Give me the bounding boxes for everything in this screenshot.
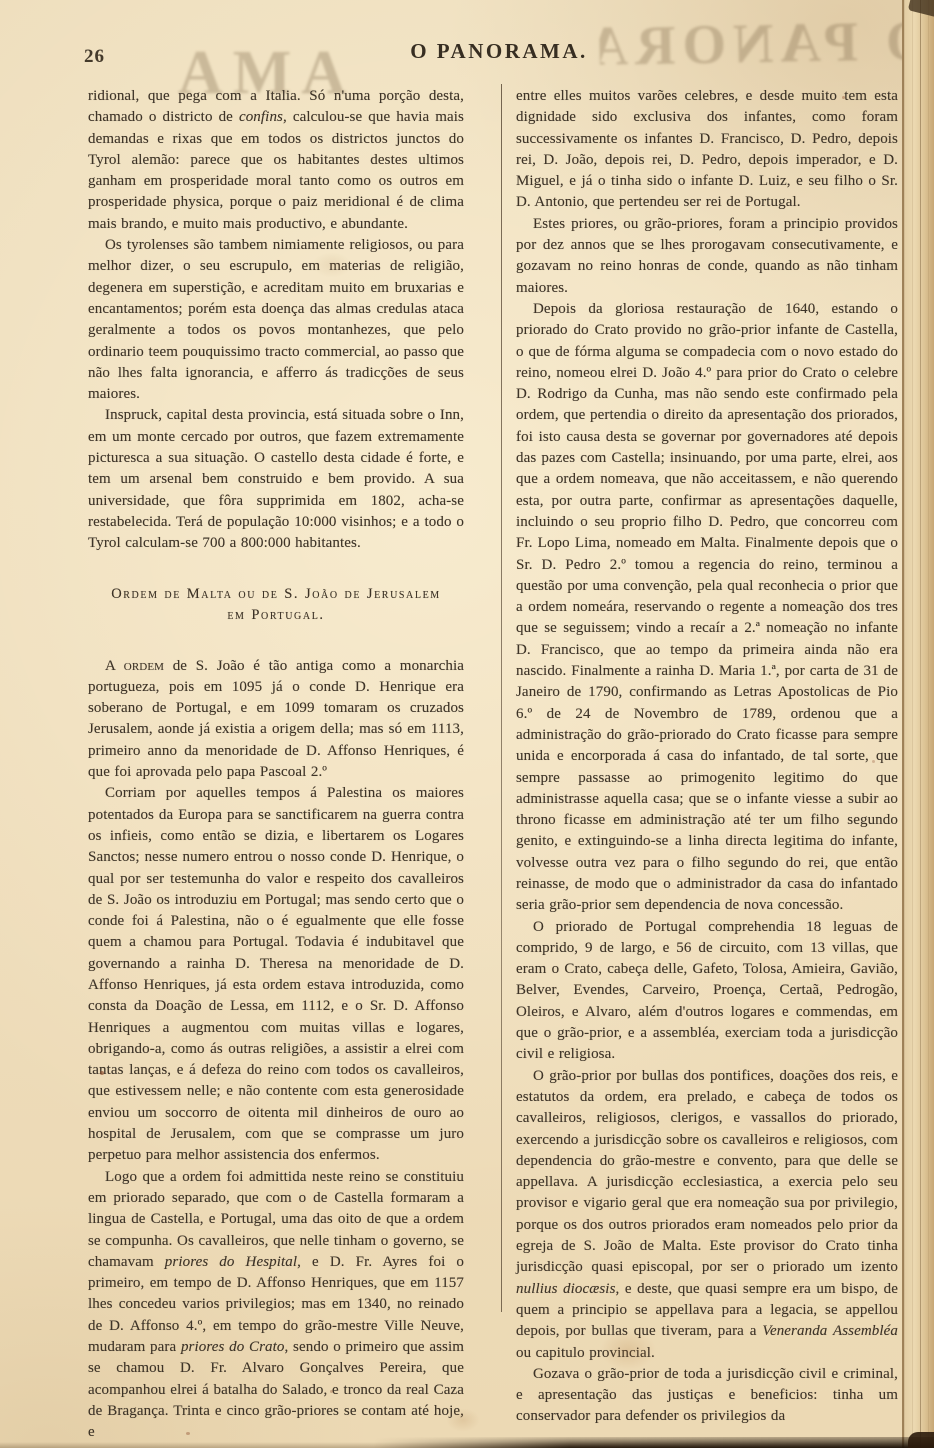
text-segment: Estes priores, ou grão-priores, foram a … xyxy=(516,216,898,296)
text-segment: entre elles muitos varões celebres, e de… xyxy=(516,88,898,210)
section-heading-line: Ordem de Malta ou de S. João de Jerusale… xyxy=(88,584,464,605)
bottom-right-corner-shadow xyxy=(908,1432,934,1448)
paragraph: entre elles muitos varões celebres, e de… xyxy=(516,86,898,214)
text-segment: de S. João é tão antiga como a monarchia… xyxy=(88,658,464,780)
text-segment: Inspruck, capital desta provincia, está … xyxy=(88,407,464,551)
paragraph: O grão-prior por bullas dos pontifices, … xyxy=(516,1066,898,1364)
text-segment: O priorado de Portugal comprehendia 18 l… xyxy=(516,919,898,1063)
paragraph: Corriam por aquelles tempos á Palestina … xyxy=(88,783,464,1166)
paragraph: Logo que a ordem foi admittida neste rei… xyxy=(88,1167,464,1444)
text-segment: Corriam por aquelles tempos á Palestina … xyxy=(88,785,464,1163)
paragraph: Os tyrolenses são tambem nimiamente reli… xyxy=(88,235,464,405)
text-segment: Depois da gloriosa restauração de 1640, … xyxy=(516,301,898,913)
text-segment: O grão-prior por bullas dos pontifices, … xyxy=(516,1068,898,1276)
paragraph: ridional, que pega com a Italia. Só n'um… xyxy=(88,86,464,235)
text-segment: ou capitulo provincial. xyxy=(516,1345,655,1361)
text-segment-italic: priores do Crato xyxy=(181,1339,285,1355)
section-heading: Ordem de Malta ou de S. João de Jerusale… xyxy=(88,584,464,626)
paragraph: Estes priores, ou grão-priores, foram a … xyxy=(516,214,898,299)
text-segment: , calculou-se que havia mais demandas e … xyxy=(88,109,464,231)
scanned-page: { "header": { "page_number": "26", "mast… xyxy=(0,0,934,1448)
text-column-right: entre elles muitos varões celebres, e de… xyxy=(516,86,898,1428)
text-segment-italic: confins xyxy=(239,109,283,125)
book-page-edge-strip xyxy=(902,0,934,1448)
masthead-title: O PANORAMA. xyxy=(88,39,910,64)
text-segment-italic: nullius diocæsis xyxy=(516,1281,616,1297)
text-column-left: ridional, que pega com a Italia. Só n'um… xyxy=(88,86,464,1444)
text-segment-smallcaps: ordem xyxy=(124,658,164,674)
paragraph: Gozava o grão-prior de toda a jurisdicçã… xyxy=(516,1364,898,1428)
column-divider-rule xyxy=(501,84,502,1312)
paragraph: O priorado de Portugal comprehendia 18 l… xyxy=(516,917,898,1066)
text-segment: Os tyrolenses são tambem nimiamente reli… xyxy=(88,237,464,402)
page-edge-crease xyxy=(920,0,921,1448)
paragraph: A ordem de S. João é tão antiga como a m… xyxy=(88,656,464,784)
text-segment-italic: Veneranda Assembléa xyxy=(762,1323,898,1339)
section-heading-line: em Portugal. xyxy=(88,605,464,626)
text-segment: A xyxy=(105,658,124,674)
text-segment-italic: priores do Hespital xyxy=(165,1254,297,1270)
paragraph: Depois da gloriosa restauração de 1640, … xyxy=(516,299,898,917)
bottom-right-edge-shadow xyxy=(374,1437,934,1448)
paragraph: Inspruck, capital desta provincia, está … xyxy=(88,405,464,554)
text-segment: Gozava o grão-prior de toda a jurisdicçã… xyxy=(516,1366,898,1425)
